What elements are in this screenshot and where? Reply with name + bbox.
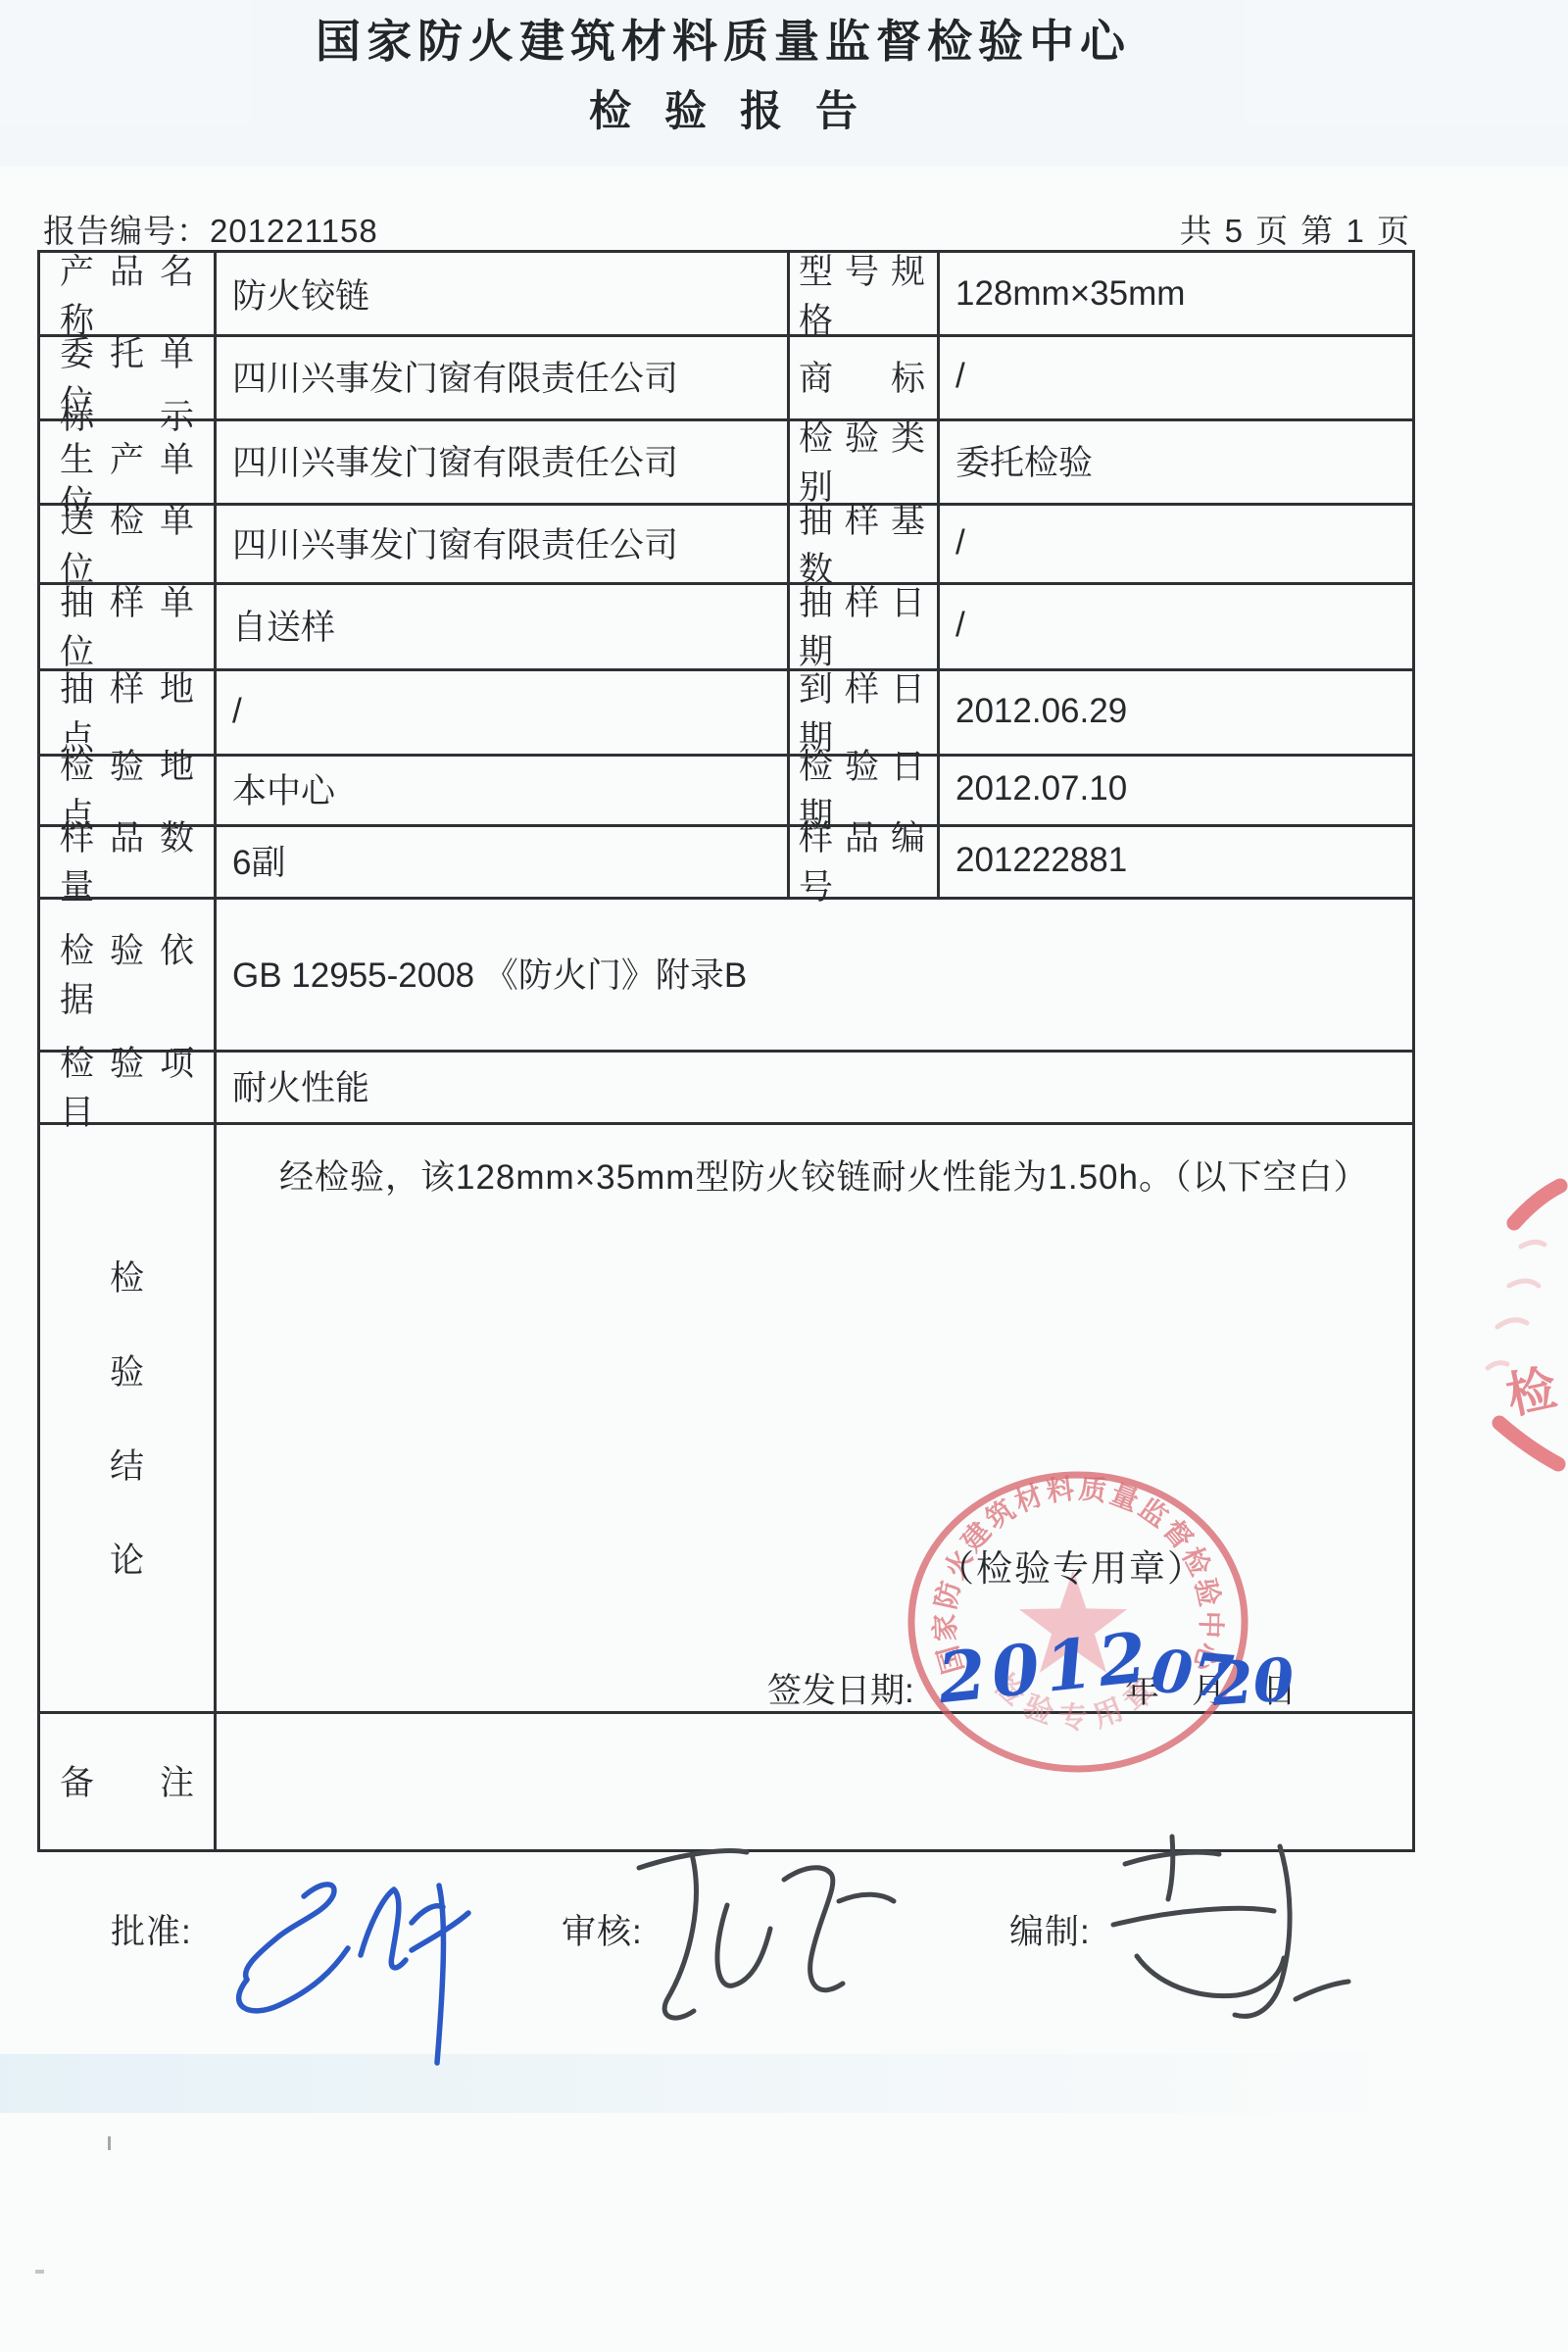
- sampling-date-label: 抽样日期: [787, 582, 937, 668]
- model-spec-value: 128mm×35mm: [940, 253, 1412, 334]
- product-name-value: 防火铰链: [217, 253, 787, 334]
- sample-quantity-value: 6副: [217, 824, 787, 897]
- sampling-unit-value: 自送样: [217, 582, 787, 668]
- inspection-category-label: 检验类别: [787, 418, 937, 503]
- sample-quantity-label: 样品数量: [40, 824, 214, 897]
- stamp-caption: （检验专用章）: [938, 1539, 1205, 1592]
- inspection-location-value: 本中心: [217, 754, 787, 824]
- trademark-value: /: [940, 334, 1412, 418]
- submitting-unit-value: 四川兴事发门窗有限责任公司: [217, 503, 787, 582]
- sampling-date-value: /: [940, 582, 1412, 668]
- approve-label: 批准:: [111, 1905, 192, 1954]
- marked-manufacturer-value: 四川兴事发门窗有限责任公司: [217, 418, 787, 503]
- row-divider: [40, 1122, 1412, 1125]
- handwritten-day: 20: [1210, 1645, 1297, 1720]
- remarks-label: 备注: [40, 1711, 214, 1849]
- submitting-unit-label: 送检单位: [40, 503, 214, 582]
- client-unit-value: 四川兴事发门窗有限责任公司: [217, 334, 787, 418]
- arrival-date-value: 2012.06.29: [940, 668, 1412, 754]
- issue-date-label: 签发日期:: [767, 1664, 914, 1713]
- trademark-label: 商标: [787, 334, 937, 418]
- sampling-location-value: /: [217, 668, 787, 754]
- approve-signature: [239, 1885, 468, 2063]
- prepare-signature: [1113, 1837, 1348, 2016]
- report-number-value: 201221158: [210, 213, 378, 249]
- scanned-inspection-report: { "header": { "center_name": "国家防火建筑材料质量…: [0, 0, 1568, 2352]
- sampling-base-value: /: [940, 503, 1412, 582]
- conclusion-text: 经检验，该128mm×35mm型防火铰链耐火性能为1.50h。（以下空白）: [279, 1151, 1368, 1200]
- inspection-basis-value: GB 12955-2008 《防火门》附录B: [217, 897, 1412, 1050]
- edge-seal-fragment: 检: [1488, 1186, 1561, 1464]
- sample-number-value: 201222881: [940, 824, 1412, 897]
- inspection-conclusion-label: 检 验 结 论: [40, 1122, 214, 1711]
- review-label: 审核:: [562, 1905, 643, 1954]
- review-signature: [639, 1851, 894, 2018]
- inspection-items-value: 耐火性能: [217, 1050, 1412, 1122]
- sample-number-label: 样品编号: [787, 824, 937, 897]
- inspection-form-table: 产品名称 防火铰链 型号规格 128mm×35mm 委托单位 四川兴事发门窗有限…: [37, 250, 1415, 1852]
- report-number-label: 报告编号：: [43, 213, 210, 249]
- product-name-label: 产品名称: [40, 253, 214, 334]
- model-spec-label: 型号规格: [787, 253, 937, 334]
- sampling-base-label: 抽样基数: [787, 503, 937, 582]
- inspection-category-value: 委托检验: [940, 418, 1412, 503]
- scan-noise-speck: [35, 2270, 44, 2274]
- edge-seal-char: 检: [1502, 1360, 1562, 1424]
- sampling-unit-label: 抽样单位: [40, 582, 214, 668]
- handwritten-year: 2012: [934, 1616, 1155, 1719]
- scan-noise-speck: [108, 2136, 111, 2150]
- report-title: 检验报告: [35, 78, 1411, 138]
- inspection-basis-label: 检验依据: [40, 897, 214, 1050]
- center-name-title: 国家防火建筑材料质量监督检验中心: [35, 6, 1411, 71]
- scan-tint-bottom: [0, 2054, 1421, 2113]
- prepare-label: 编制:: [1009, 1905, 1091, 1954]
- inspection-items-label: 检验项目: [40, 1050, 214, 1122]
- page-indicator: 共 5 页 第 1 页: [1117, 206, 1411, 252]
- inspection-date-value: 2012.07.10: [940, 754, 1412, 824]
- marked-manufacturer-label: 标示生产单位: [40, 418, 214, 503]
